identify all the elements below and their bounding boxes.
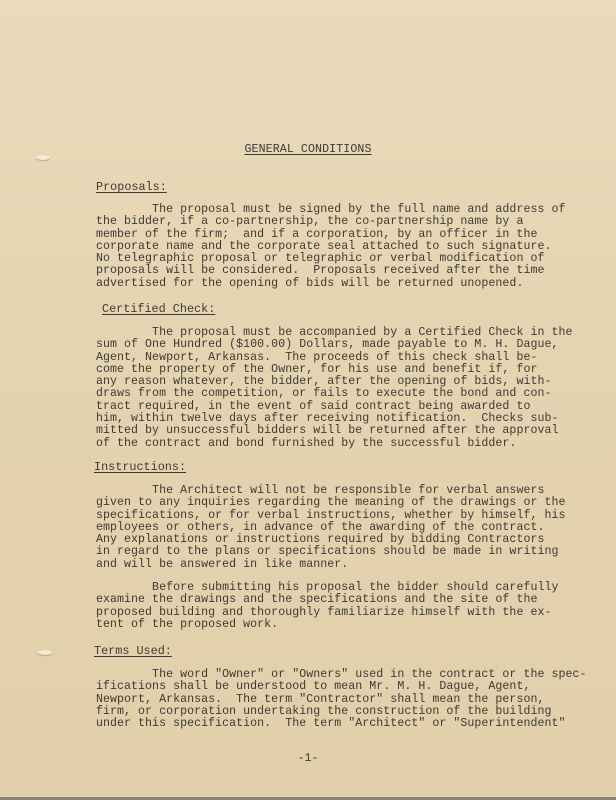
- section-heading-certified-check: Certified Check:: [102, 302, 215, 316]
- section-heading-text: Proposals:: [96, 180, 167, 194]
- section-heading-terms-used: Terms Used:: [94, 644, 172, 658]
- document-title: GENERAL CONDITIONS: [0, 143, 616, 156]
- typewritten-page: GENERAL CONDITIONS Proposals: The propos…: [0, 0, 616, 800]
- paragraph-instructions-1: The Architect will not be responsible fo…: [96, 485, 596, 571]
- page-number: -1-: [0, 752, 616, 765]
- section-heading-proposals: Proposals:: [96, 180, 167, 194]
- punch-hole-mark: [38, 650, 52, 655]
- paragraph-terms-used: The word "Owner" or "Owners" used in the…: [96, 669, 596, 730]
- paragraph-proposals: The proposal must be signed by the full …: [96, 204, 596, 290]
- section-heading-text: Instructions:: [94, 460, 186, 474]
- section-heading-instructions: Instructions:: [94, 460, 186, 474]
- paragraph-instructions-2: Before submitting his proposal the bidde…: [96, 582, 596, 631]
- paragraph-certified-check: The proposal must be accompanied by a Ce…: [96, 327, 596, 450]
- section-heading-text: Certified Check:: [102, 302, 215, 316]
- section-heading-text: Terms Used:: [94, 644, 172, 658]
- document-title-text: GENERAL CONDITIONS: [244, 143, 371, 156]
